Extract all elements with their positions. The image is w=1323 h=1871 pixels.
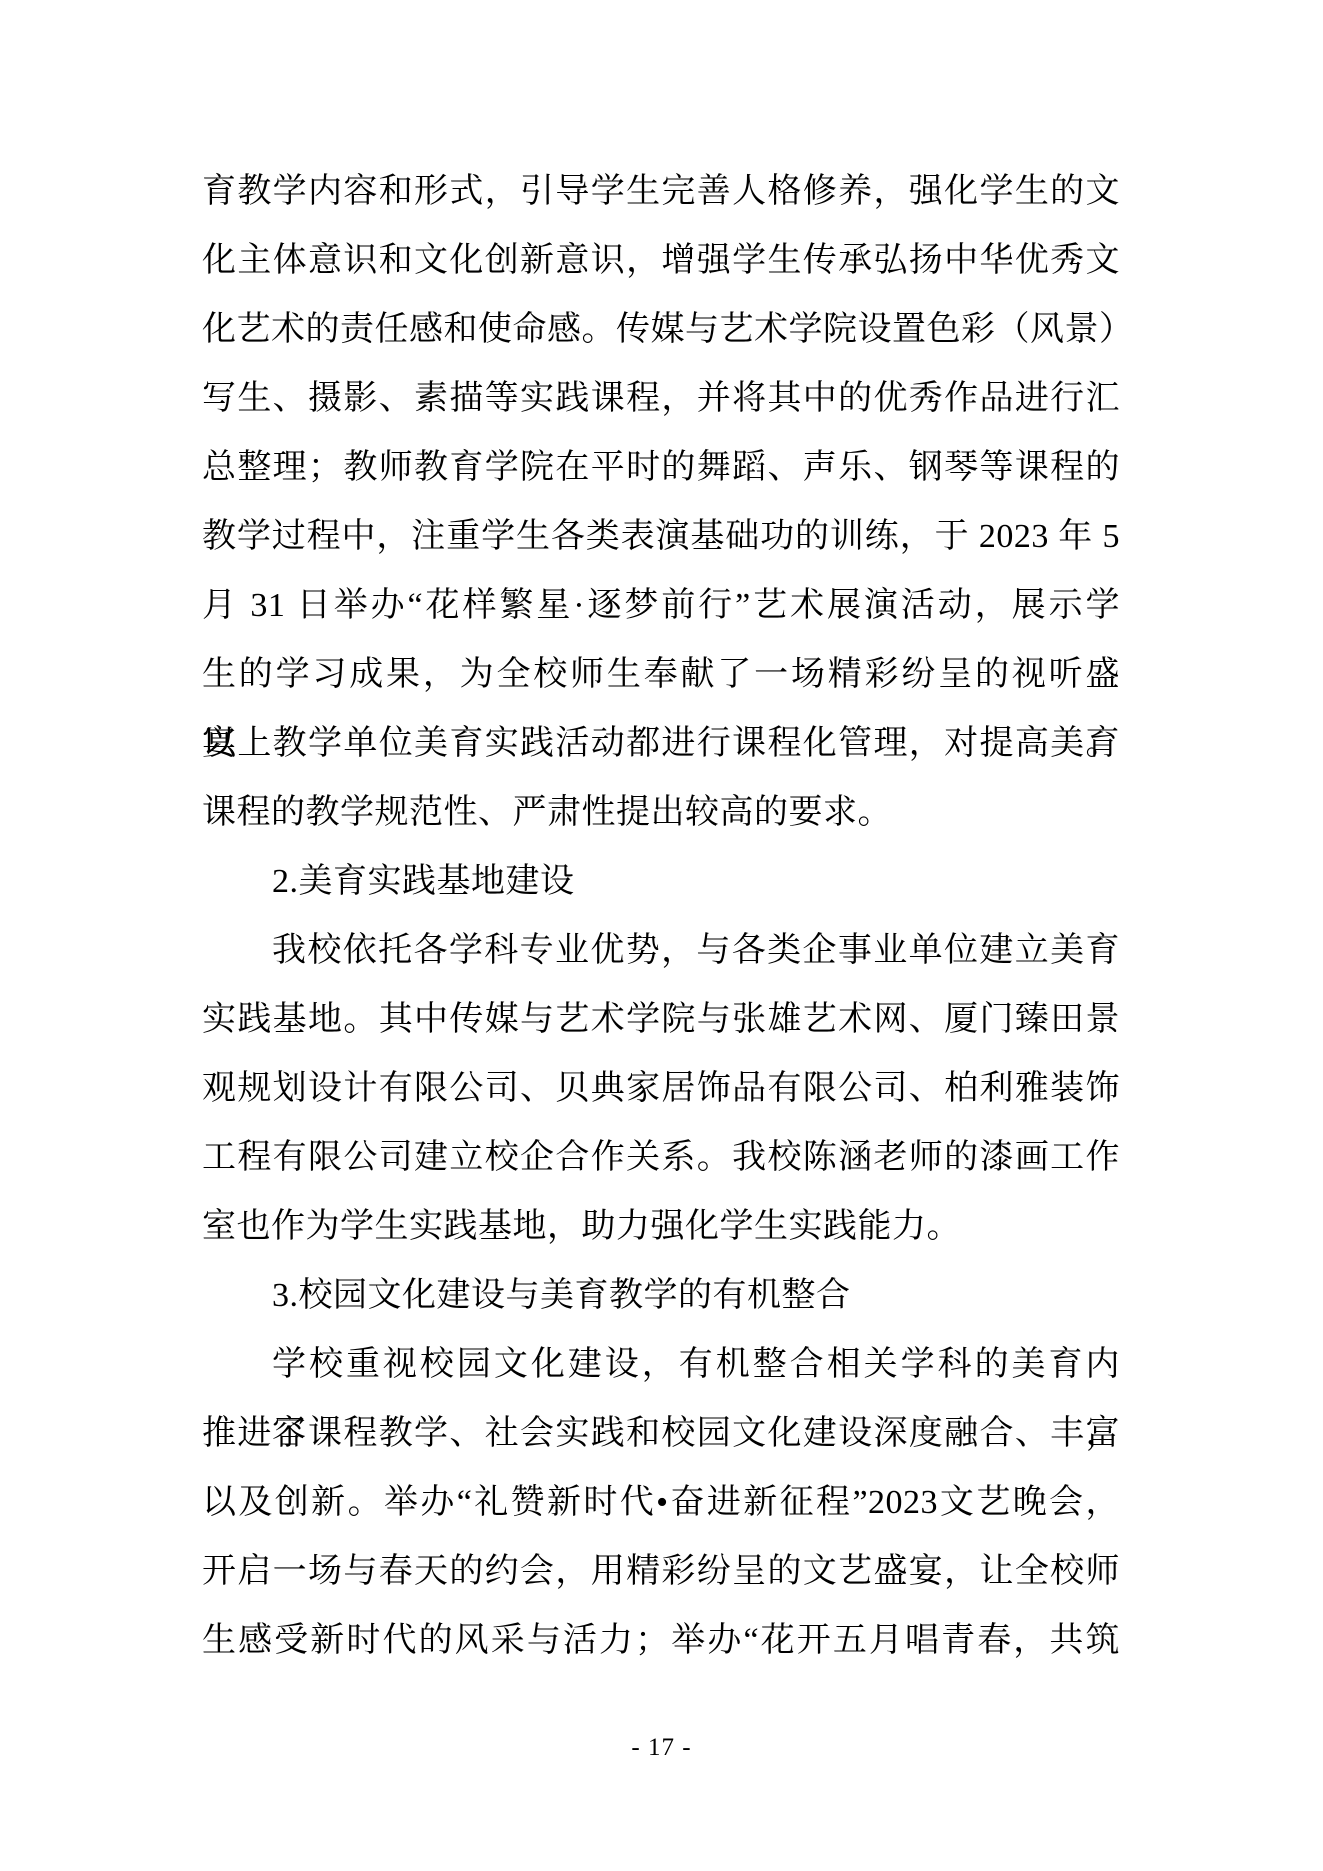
text-line: 生的学习成果，为全校师生奉献了一场精彩纷呈的视听盛宴。 (202, 640, 1120, 709)
section-heading: 2.美育实践基地建设 (202, 847, 1120, 916)
text-line: 以上教学单位美育实践活动都进行课程化管理，对提高美育 (202, 709, 1120, 778)
text-line: 我校依托各学科专业优势，与各类企事业单位建立美育 (202, 916, 1120, 985)
text-line: 月 31 日举办“花样繁星·逐梦前行”艺术展演活动，展示学 (202, 571, 1120, 640)
text-line: 写生、摄影、素描等实践课程，并将其中的优秀作品进行汇 (202, 364, 1120, 433)
text-line: 化主体意识和文化创新意识，增强学生传承弘扬中华优秀文 (202, 226, 1120, 295)
text-line: 总整理；教师教育学院在平时的舞蹈、声乐、钢琴等课程的 (202, 433, 1120, 502)
text-line: 实践基地。其中传媒与艺术学院与张雄艺术网、厦门臻田景 (202, 985, 1120, 1054)
document-page: 育教学内容和形式，引导学生完善人格修养，强化学生的文 化主体意识和文化创新意识，… (0, 0, 1323, 1871)
text-line: 以及创新。举办“礼赞新时代•奋进新征程”2023文艺晚会， (202, 1468, 1120, 1537)
text-line: 观规划设计有限公司、贝典家居饰品有限公司、柏利雅装饰 (202, 1054, 1120, 1123)
text-line: 化艺术的责任感和使命感。传媒与艺术学院设置色彩（风景） (202, 295, 1120, 364)
text-line: 开启一场与春天的约会，用精彩纷呈的文艺盛宴，让全校师 (202, 1537, 1120, 1606)
text-line: 学校重视校园文化建设，有机整合相关学科的美育内容， (202, 1330, 1120, 1399)
text-line: 生感受新时代的风采与活力；举办“花开五月唱青春，共筑 (202, 1606, 1120, 1675)
text-line: 工程有限公司建立校企合作关系。我校陈涵老师的漆画工作 (202, 1123, 1120, 1192)
section-heading: 3.校园文化建设与美育教学的有机整合 (202, 1261, 1120, 1330)
text-line: 教学过程中，注重学生各类表演基础功的训练，于 2023 年 5 (202, 502, 1120, 571)
text-line: 推进了课程教学、社会实践和校园文化建设深度融合、丰富 (202, 1399, 1120, 1468)
text-block: 育教学内容和形式，引导学生完善人格修养，强化学生的文 化主体意识和文化创新意识，… (202, 157, 1120, 1675)
text-line: 课程的教学规范性、严肃性提出较高的要求。 (202, 778, 1120, 847)
text-line: 育教学内容和形式，引导学生完善人格修养，强化学生的文 (202, 157, 1120, 226)
text-line: 室也作为学生实践基地，助力强化学生实践能力。 (202, 1192, 1120, 1261)
footer-page-number: - 17 - (0, 1733, 1323, 1763)
